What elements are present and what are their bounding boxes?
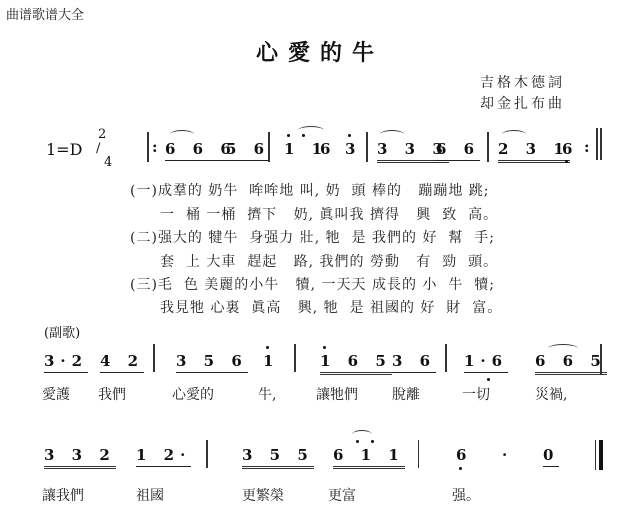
note-group: 6 1 1 [333,446,405,469]
high-dot [287,134,290,137]
repeat-start-bar [147,132,149,162]
repeat-end-colon: : [584,138,590,156]
high-dot [323,346,326,349]
note-group: 2 3 1 [498,140,570,163]
slur [298,126,324,135]
low-dot [565,160,568,163]
lyric: 更繁榮 [242,485,284,505]
lyric-text: 强大的 犍牛 身强力 壯, 牠 是 我們的 好 幫 手; [158,230,495,246]
note-group: 3 [345,140,361,158]
verse-label: (二) [130,230,158,246]
note-group: 3 3 2 [44,446,116,469]
lyric: 强。 [452,485,480,505]
note-group: 3 5 5 [242,446,314,469]
time-top: 2 [98,128,112,142]
lyric: 脫離 [392,384,420,404]
note-group: 5 6 [226,140,270,161]
lyric-text: 成羣的 奶牛 哞哞地 叫, 奶 頭 棒的 蹦蹦地 跳; [158,183,490,199]
bar-line [294,344,296,372]
bar-line [487,132,489,162]
note-group: 6 6 [436,140,480,161]
note-group: 4 2 [100,352,144,373]
slur [170,130,194,139]
verse-3-line-2: 我見牠 心裏 眞高 興, 牠 是 祖國的 好 財 富。 [160,297,502,317]
slur [502,130,526,139]
lyric-text: 毛 色 美麗的小牛 犢, 一天天 成長的 小 牛 犢; [158,277,495,293]
composer-credit: 却金扎布曲 [480,93,565,113]
key-signature: 1=D [46,140,82,159]
repeat-end-bar [600,128,602,160]
lyric: 更富 [328,485,356,505]
verse-2-line-2: 套 上 大車 趕起 路, 我們的 勞動 有 勁 頭。 [160,251,498,271]
low-dot [459,467,462,470]
note-group: 1 2· [136,446,191,467]
note-group: 1·6 [464,352,508,373]
repeat-end-bar [596,128,598,160]
lyric: 讓牠們 [316,384,358,404]
bar-line [445,344,447,372]
bar-line [418,440,419,468]
slur [352,430,372,439]
note-group: · [502,446,513,464]
time-signature: 2 / 4 [98,128,112,170]
song-title: 心愛的牛 [0,36,640,67]
high-dot [348,134,351,137]
verse-label: (三) [130,277,158,293]
bar-line [600,344,602,374]
verse-1-line-1: (一)成羣的 奶牛 哞哞地 叫, 奶 頭 棒的 蹦蹦地 跳; [130,180,490,200]
high-dot [371,440,374,443]
slur [380,130,404,139]
bar-line [206,440,208,468]
verse-3-line-1: (三)毛 色 美麗的小牛 犢, 一天天 成長的 小 牛 犢; [130,274,495,294]
bar-line [366,132,368,162]
lyric: 讓我們 [42,485,84,505]
refrain-label: (副歌) [44,322,80,341]
note-group: 3 5 6 [176,352,248,373]
lyric: 愛護 [42,384,70,404]
final-bar-thick [599,440,603,470]
note-group: 3 6 [392,352,436,373]
note-group: 6 [456,446,472,464]
repeat-start-colon: : [152,138,158,156]
time-bottom: 4 [104,156,112,170]
note-group: 1 6 5 [320,352,392,375]
note-group: 1 [263,352,279,370]
note-group: 3·2 [44,352,88,373]
note-group: 0 [543,446,559,467]
verse-label: (一) [130,183,158,199]
lyric: 我們 [98,384,126,404]
final-bar-thin [595,440,596,470]
lyric: 祖國 [136,485,164,505]
lyric: 一切 [462,384,490,404]
verse-2-line-1: (二)强大的 犍牛 身强力 壯, 牠 是 我們的 好 幫 手; [130,227,495,247]
bar-line [268,132,270,162]
note-group: 6 [562,140,578,158]
lyric: 災禍, [535,384,567,404]
note-group: 6 6 5 [535,352,607,375]
bar-line [153,344,155,372]
lyric: 牛, [258,384,276,404]
lyric: 心愛的 [172,384,214,404]
note-group: 6 [320,140,336,158]
verse-1-line-2: 一 桶 一桶 擠下 奶, 眞叫我 擠得 興 致 高。 [160,204,498,224]
low-dot [487,378,490,381]
high-dot [266,346,269,349]
time-slash: / [96,142,112,156]
high-dot [356,440,359,443]
lyricist-credit: 吉格木德詞 [480,72,565,92]
site-name: 曲谱歌谱大全 [6,4,84,23]
